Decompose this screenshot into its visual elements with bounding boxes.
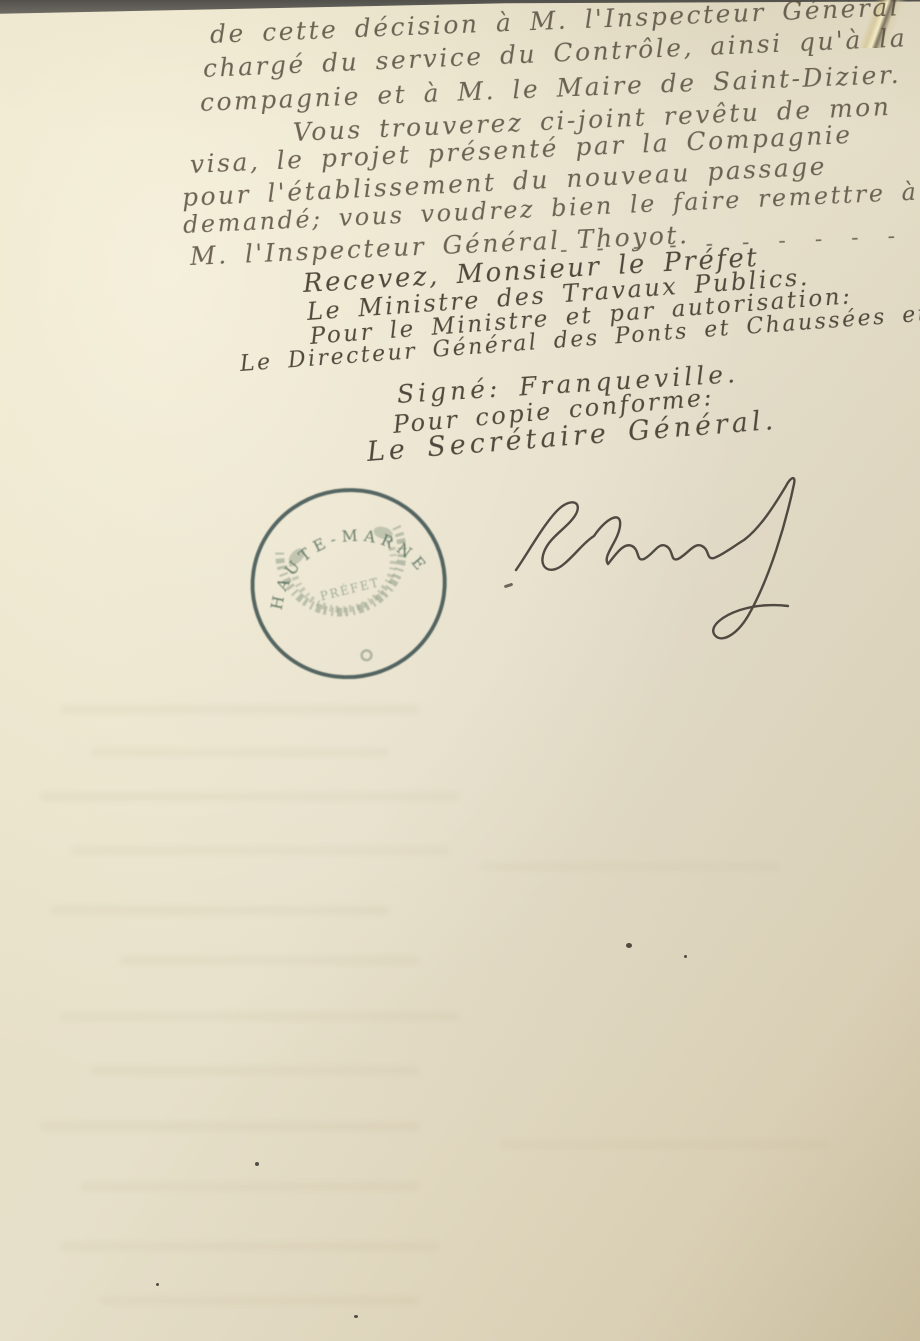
signature (498, 458, 828, 653)
bleed-through-line (80, 1182, 420, 1191)
bleed-through-line (70, 846, 450, 855)
bleed-through-line (40, 1122, 420, 1131)
prefecture-stamp: HAUTE-MARNE PRÉFET (214, 453, 489, 716)
ink-speck (156, 1283, 159, 1286)
ink-speck (684, 955, 687, 958)
bleed-through-line (90, 748, 390, 757)
bleed-through-line (60, 1012, 460, 1021)
bleed-through-line (120, 956, 420, 965)
bleed-through-line (100, 1296, 420, 1305)
signature-stroke (516, 478, 794, 638)
ink-speck (255, 1162, 259, 1166)
bleed-through-line (40, 792, 460, 801)
bleed-through-line (480, 862, 780, 871)
ink-speck (354, 1315, 358, 1318)
bleed-through-line (60, 705, 420, 714)
stamp-bottom-ornament (361, 649, 373, 661)
bleed-through-line (500, 1140, 830, 1149)
bleed-through-line (50, 906, 390, 915)
bleed-through-line (90, 1066, 420, 1075)
bleed-through-line (60, 1242, 440, 1251)
ink-speck (626, 943, 632, 948)
document-photo: de cette décision à M. l'Inspecteur Géné… (0, 0, 920, 1341)
